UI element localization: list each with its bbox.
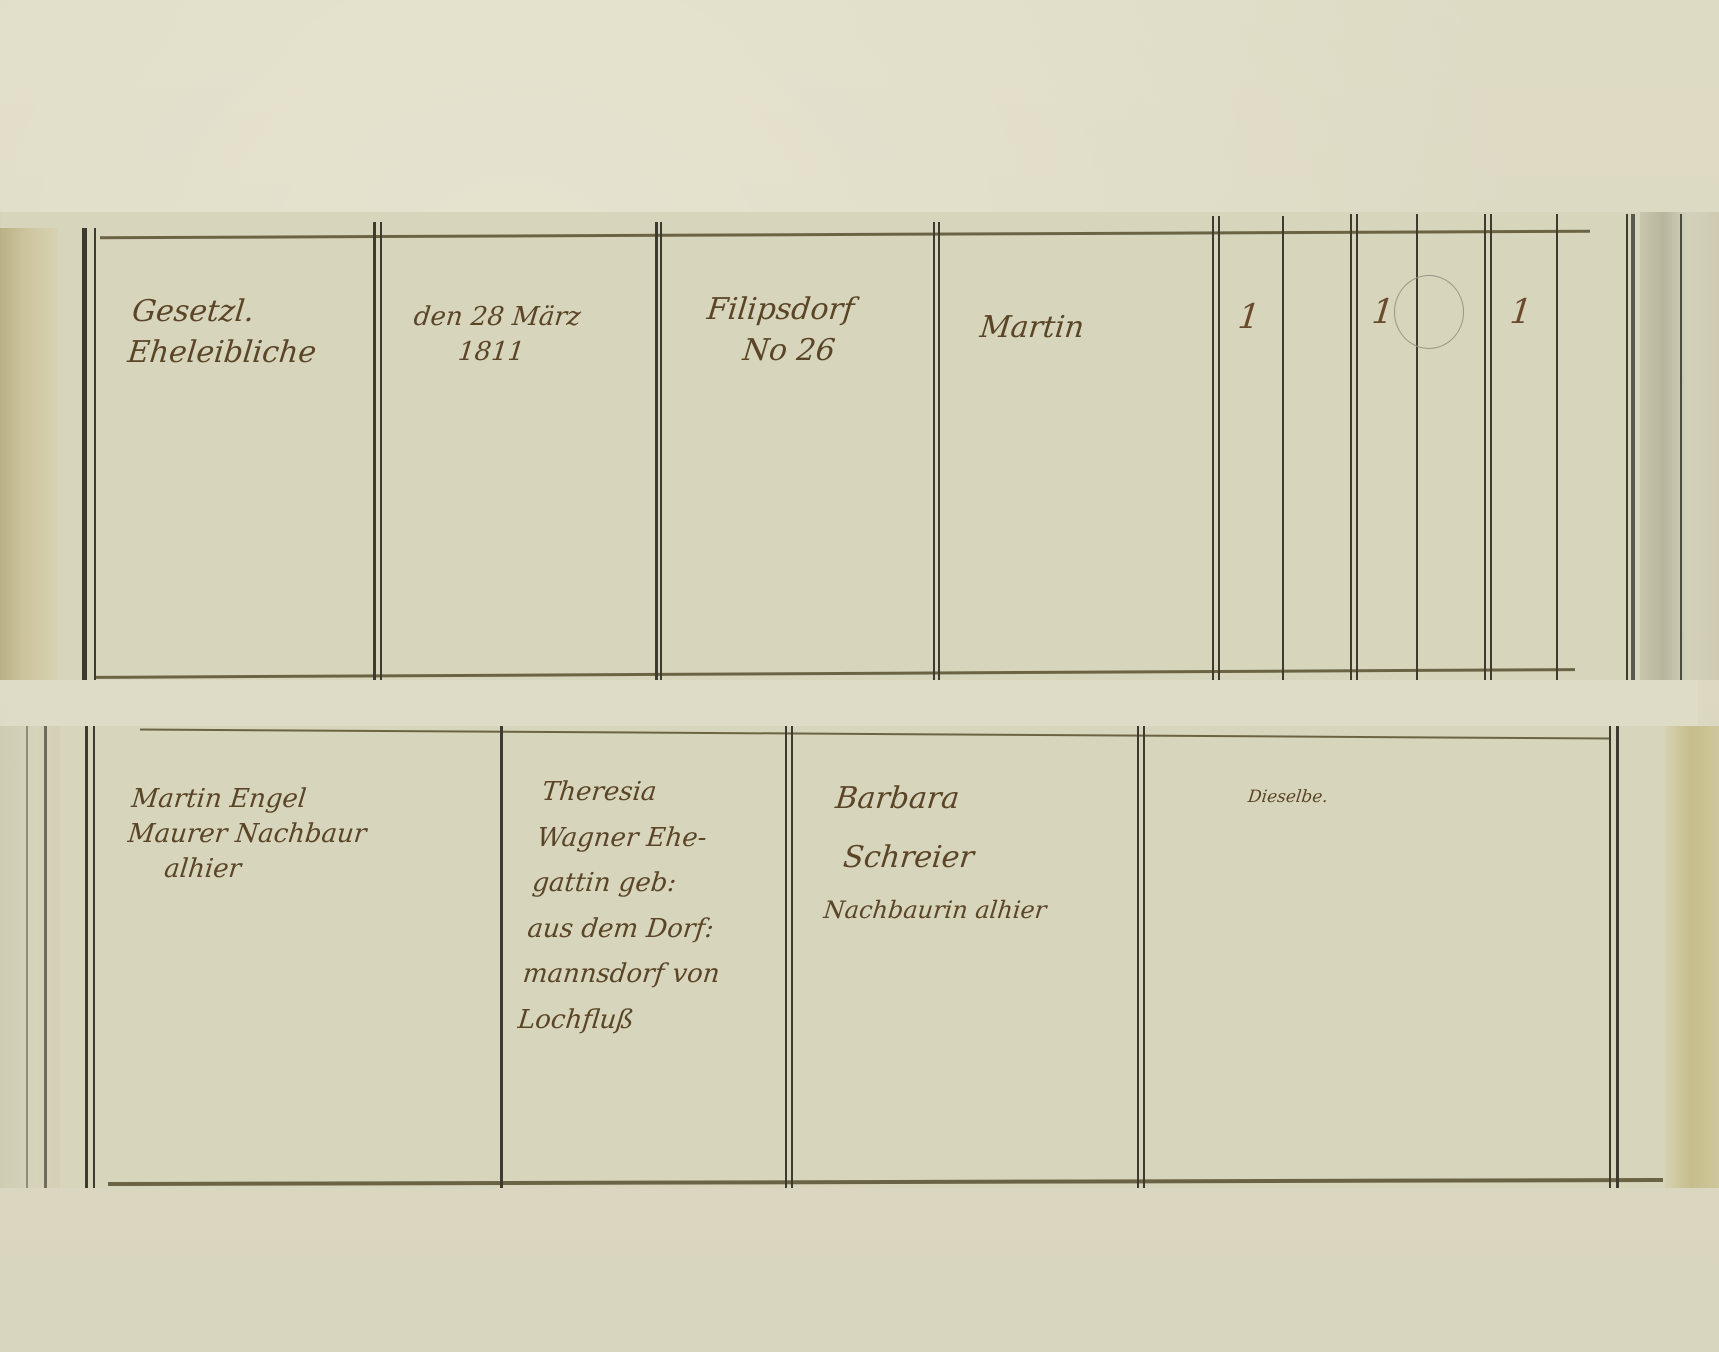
entry-birth-date: den 28 März 1811	[408, 300, 582, 370]
bottom-col-rule	[85, 726, 88, 1188]
top-col-rule	[1212, 216, 1214, 680]
entry-child-name: Martin	[978, 308, 1086, 349]
top-col-rule	[655, 222, 658, 680]
bottom-col-rule	[93, 726, 95, 1188]
top-col-rule	[380, 222, 382, 680]
entry-birth-type: Gesetzl. Eheleibliche	[126, 292, 323, 373]
pencil-circle-mark	[1394, 275, 1464, 349]
entry-birth-place: Filipsdorf No 26	[701, 290, 856, 371]
bottom-col-rule	[1616, 726, 1619, 1188]
entry-godparent: Barbara Schreier Nachbaurin alhier	[821, 770, 1061, 934]
top-col-rule	[82, 228, 87, 680]
top-col-rule	[933, 222, 935, 680]
top-col-rule	[1484, 214, 1486, 680]
book-gutter-left	[0, 228, 58, 680]
entry-notes: Dieselbe.	[1247, 786, 1329, 809]
bottom-col-rule	[1609, 726, 1611, 1188]
top-col-rule	[660, 222, 662, 680]
top-col-rule	[1626, 214, 1628, 680]
bottom-col-rule	[44, 726, 47, 1188]
bottom-col-rule	[1143, 726, 1145, 1188]
top-col-rule	[373, 222, 376, 680]
bottom-col-rule	[785, 726, 787, 1188]
top-col-rule	[1490, 214, 1492, 680]
bottom-col-rule	[1137, 726, 1139, 1188]
top-col-rule	[1631, 214, 1635, 680]
top-col-rule	[1282, 216, 1284, 680]
bottom-col-rule	[791, 726, 793, 1188]
top-col-rule	[1218, 216, 1220, 680]
book-gutter-right-bottom	[1665, 726, 1719, 1188]
entry-father: Martin Engel Maurer Nachbaur alhier	[122, 782, 371, 887]
book-gutter-left-bottom	[0, 726, 60, 1188]
page-edge-right	[1680, 214, 1682, 680]
top-col-rule	[94, 228, 96, 680]
entry-mother: Theresia Wagner Ehe- gattin geb: aus dem…	[516, 770, 741, 1043]
register-top-section	[0, 212, 1719, 680]
top-col-rule	[1556, 214, 1558, 680]
scan-gap	[6, 680, 1698, 726]
top-col-rule	[1350, 214, 1352, 680]
bottom-col-rule	[26, 726, 28, 1188]
top-col-rule	[1356, 214, 1358, 680]
top-col-rule	[938, 222, 940, 680]
bottom-col-rule	[500, 726, 503, 1188]
